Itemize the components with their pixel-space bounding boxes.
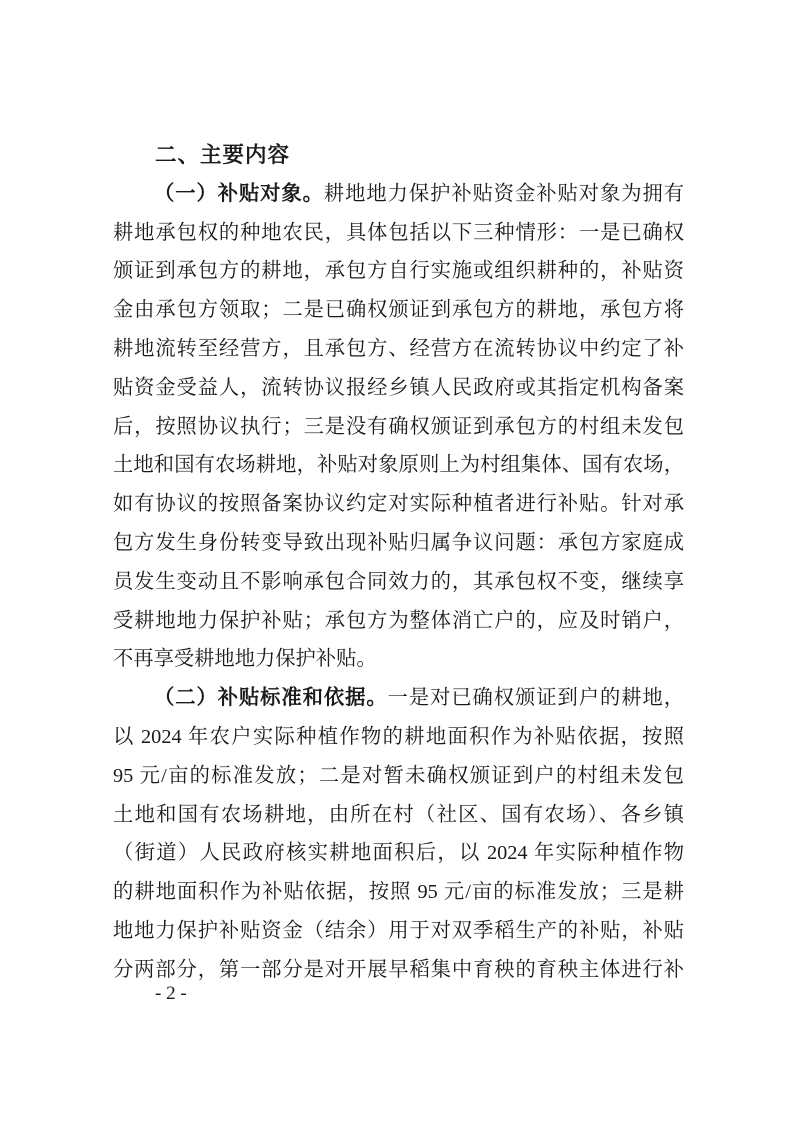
text-line: 分两部分，第一部分是对开展早稻集中育秧的育秧主体进行补	[113, 951, 684, 990]
text-line: 耕地流转至经营方，且承包方、经营方在流转协议中约定了补	[113, 330, 684, 369]
text-line: （街道）人民政府核实耕地面积后，以 2024 年实际种植作物	[113, 834, 684, 873]
text-line: 95 元/亩的标准发放；二是对暂未确权颁证到户的村组未发包	[113, 757, 684, 796]
text-line: 后，按照协议执行；三是没有确权颁证到承包方的村组未发包	[113, 408, 684, 447]
paragraph-lead: （一）补贴对象。	[154, 183, 324, 205]
page-number: - 2 -	[155, 981, 187, 1007]
text-line: 的耕地面积作为补贴依据，按照 95 元/亩的标准发放；三是耕	[113, 873, 684, 912]
paragraph-1: （一）补贴对象。耕地地力保护补贴资金补贴对象为拥有耕地承包权的种地农民，具体包括…	[113, 175, 684, 679]
text-line: 耕地承包权的种地农民，具体包括以下三种情形：一是已确权	[113, 214, 684, 253]
section-heading: 二、主要内容	[113, 136, 684, 175]
text-line: 金由承包方领取；二是已确权颁证到承包方的耕地，承包方将	[113, 291, 684, 330]
text-line: 包方发生身份转变导致出现补贴归属争议问题：承包方家庭成	[113, 524, 684, 563]
text-line: 以 2024 年农户实际种植作物的耕地面积作为补贴依据，按照	[113, 718, 684, 757]
paragraph-2: （二）补贴标准和依据。一是对已确权颁证到户的耕地，以 2024 年农户实际种植作…	[113, 679, 684, 989]
text-line: （一）补贴对象。耕地地力保护补贴资金补贴对象为拥有	[113, 175, 684, 214]
text-line: 地地力保护补贴资金（结余）用于对双季稻生产的补贴，补贴	[113, 912, 684, 951]
text-line: 不再享受耕地地力保护补贴。	[113, 640, 684, 679]
paragraph-text: 一是对已确权颁证到户的耕地，	[388, 687, 684, 709]
text-line: 土地和国有农场耕地，由所在村（社区、国有农场）、各乡镇	[113, 796, 684, 835]
document-body: 二、主要内容 （一）补贴对象。耕地地力保护补贴资金补贴对象为拥有耕地承包权的种地…	[113, 136, 684, 990]
text-line: 贴资金受益人，流转协议报经乡镇人民政府或其指定机构备案	[113, 369, 684, 408]
paragraph-lead: （二）补贴标准和依据。	[154, 687, 388, 709]
text-line: 如有协议的按照备案协议约定对实际种植者进行补贴。针对承	[113, 485, 684, 524]
text-line: 颁证到承包方的耕地，承包方自行实施或组织耕种的，补贴资	[113, 252, 684, 291]
text-line: （二）补贴标准和依据。一是对已确权颁证到户的耕地，	[113, 679, 684, 718]
text-line: 员发生变动且不影响承包合同效力的，其承包权不变，继续享	[113, 563, 684, 602]
text-line: 受耕地地力保护补贴；承包方为整体消亡户的，应及时销户，	[113, 602, 684, 641]
paragraph-text: 耕地地力保护补贴资金补贴对象为拥有	[324, 183, 684, 205]
text-line: 土地和国有农场耕地，补贴对象原则上为村组集体、国有农场，	[113, 446, 684, 485]
document-page: 二、主要内容 （一）补贴对象。耕地地力保护补贴资金补贴对象为拥有耕地承包权的种地…	[0, 0, 793, 1122]
